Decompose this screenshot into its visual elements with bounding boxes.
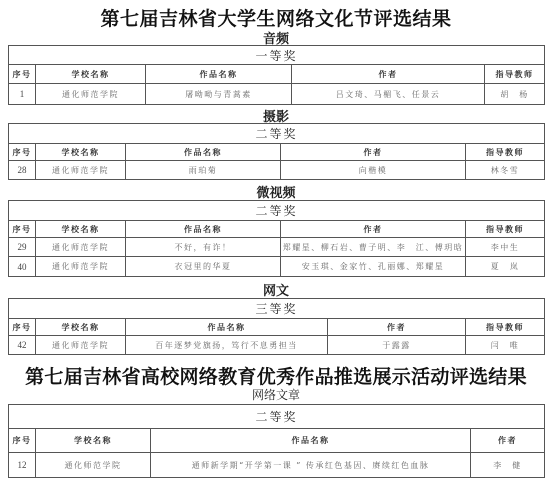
header-school: 学校名称 bbox=[36, 65, 146, 84]
section-title-2: 第七届吉林省高校网络教育优秀作品推选展示活动评选结果 bbox=[0, 362, 552, 389]
header-advisor: 指导教师 bbox=[466, 144, 545, 161]
cell-author: 于露露 bbox=[328, 336, 466, 355]
header-no: 序号 bbox=[9, 144, 36, 161]
cell-work: 雨珀菊 bbox=[126, 161, 281, 180]
header-work: 作品名称 bbox=[126, 319, 328, 336]
cell-advisor: 李中生 bbox=[466, 238, 545, 257]
header-author: 作者 bbox=[281, 221, 466, 238]
main-title: 第七届吉林省大学生网络文化节评选结果 bbox=[0, 4, 552, 31]
cell-school: 通化师范学院 bbox=[36, 238, 126, 257]
header-school: 学校名称 bbox=[36, 144, 126, 161]
table-row: 40 通化师范学院 衣冠里的华夏 安玉琪、金家竹、孔丽娜、郑耀星 夏 岚 bbox=[9, 257, 545, 277]
cell-work: 衣冠里的华夏 bbox=[126, 257, 281, 277]
header-school: 学校名称 bbox=[36, 319, 126, 336]
cell-no: 42 bbox=[9, 336, 36, 355]
header-work: 作品名称 bbox=[146, 65, 292, 84]
results-table-web-article: 三等奖 序号 学校名称 作品名称 作者 指导教师 42 通化师范学院 百年逐梦党… bbox=[8, 298, 545, 355]
header-no: 序号 bbox=[9, 65, 36, 84]
header-author: 作者 bbox=[328, 319, 466, 336]
cell-work: 百年逐梦党旗扬，笃行不息勇担当 bbox=[126, 336, 328, 355]
header-author: 作者 bbox=[292, 65, 485, 84]
header-school: 学校名称 bbox=[36, 429, 151, 453]
award-level: 二等奖 bbox=[9, 405, 545, 429]
award-level: 二等奖 bbox=[9, 124, 545, 144]
cell-no: 12 bbox=[9, 453, 36, 478]
header-school: 学校名称 bbox=[36, 221, 126, 238]
cell-work: 通师新学期“开学第一课 ” 传承红色基因、赓续红色血脉 bbox=[151, 453, 471, 478]
header-work: 作品名称 bbox=[151, 429, 471, 453]
header-no: 序号 bbox=[9, 221, 36, 238]
award-level: 三等奖 bbox=[9, 299, 545, 319]
results-table-online-article: 二等奖 序号 学校名称 作品名称 作者 12 通化师范学院 通师新学期“开学第一… bbox=[8, 404, 545, 478]
cell-author: 向楷模 bbox=[281, 161, 466, 180]
cell-advisor: 闫 唯 bbox=[466, 336, 545, 355]
header-no: 序号 bbox=[9, 319, 36, 336]
table-row: 28 通化师范学院 雨珀菊 向楷模 林冬雪 bbox=[9, 161, 545, 180]
cell-advisor: 胡 杨 bbox=[485, 84, 545, 105]
cell-school: 通化师范学院 bbox=[36, 336, 126, 355]
cell-author: 李 健 bbox=[471, 453, 545, 478]
cell-advisor: 夏 岚 bbox=[466, 257, 545, 277]
cell-school: 通化师范学院 bbox=[36, 257, 126, 277]
award-level: 二等奖 bbox=[9, 201, 545, 221]
category-title-web-article: 网文 bbox=[0, 280, 552, 299]
cell-school: 通化师范学院 bbox=[36, 161, 126, 180]
cell-author: 安玉琪、金家竹、孔丽娜、郑耀星 bbox=[281, 257, 466, 277]
results-table-micro-video: 二等奖 序号 学校名称 作品名称 作者 指导教师 29 通化师范学院 不好，有诈… bbox=[8, 200, 545, 277]
results-table-photography: 二等奖 序号 学校名称 作品名称 作者 指导教师 28 通化师范学院 雨珀菊 向… bbox=[8, 123, 545, 180]
table-row: 42 通化师范学院 百年逐梦党旗扬，笃行不息勇担当 于露露 闫 唯 bbox=[9, 336, 545, 355]
category-title-micro-video: 微视频 bbox=[0, 182, 552, 201]
cell-no: 40 bbox=[9, 257, 36, 277]
header-work: 作品名称 bbox=[126, 221, 281, 238]
table-row: 1 通化师范学院 屠呦呦与青蒿素 吕文琦、马楣飞、任景云 胡 杨 bbox=[9, 84, 545, 105]
cell-author: 郑耀星、柳石岩、曹子明、李 江、傅玥晗 bbox=[281, 238, 466, 257]
cell-school: 通化师范学院 bbox=[36, 84, 146, 105]
cell-no: 28 bbox=[9, 161, 36, 180]
category-title-online-article: 网络文章 bbox=[0, 386, 552, 403]
header-author: 作者 bbox=[281, 144, 466, 161]
cell-school: 通化师范学院 bbox=[36, 453, 151, 478]
cell-advisor: 林冬雪 bbox=[466, 161, 545, 180]
cell-no: 1 bbox=[9, 84, 36, 105]
header-advisor: 指导教师 bbox=[466, 319, 545, 336]
header-work: 作品名称 bbox=[126, 144, 281, 161]
header-advisor: 指导教师 bbox=[466, 221, 545, 238]
award-level: 一等奖 bbox=[9, 46, 545, 65]
header-advisor: 指导教师 bbox=[485, 65, 545, 84]
table-row: 12 通化师范学院 通师新学期“开学第一课 ” 传承红色基因、赓续红色血脉 李 … bbox=[9, 453, 545, 478]
cell-author: 吕文琦、马楣飞、任景云 bbox=[292, 84, 485, 105]
table-row: 29 通化师范学院 不好，有诈！ 郑耀星、柳石岩、曹子明、李 江、傅玥晗 李中生 bbox=[9, 238, 545, 257]
cell-work: 屠呦呦与青蒿素 bbox=[146, 84, 292, 105]
header-no: 序号 bbox=[9, 429, 36, 453]
cell-no: 29 bbox=[9, 238, 36, 257]
results-table-audio: 一等奖 序号 学校名称 作品名称 作者 指导教师 1 通化师范学院 屠呦呦与青蒿… bbox=[8, 45, 545, 105]
cell-work: 不好，有诈！ bbox=[126, 238, 281, 257]
header-author: 作者 bbox=[471, 429, 545, 453]
